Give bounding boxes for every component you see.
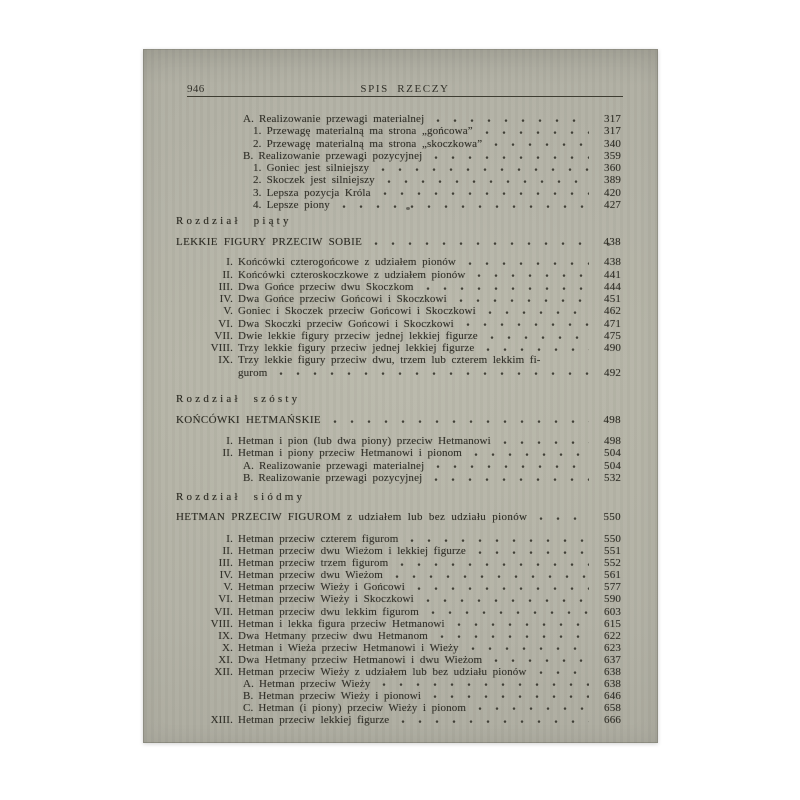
toc-row: 2.Skoczek jest silniejszy389 bbox=[176, 174, 621, 186]
entry-label: I. bbox=[176, 256, 233, 268]
entry-title: Hetman przeciw lekkiej figurze bbox=[238, 714, 389, 726]
section-heading-row: HETMAN PRZECIW FIGUROM z udziałem lub be… bbox=[176, 511, 621, 523]
entry-title: Lepsze piony bbox=[267, 199, 330, 211]
toc-row: VI.Hetman przeciw Wieży i Skoczkowi590 bbox=[176, 593, 621, 605]
dot-leader bbox=[539, 670, 590, 675]
entry-label: 4. bbox=[253, 199, 262, 211]
entry-title: Realizowanie przewagi pozycyjnej bbox=[258, 472, 422, 484]
chapter-heading: Rozdział piąty bbox=[176, 215, 621, 227]
toc-row: B.Realizowanie przewagi pozycyjnej532 bbox=[176, 472, 621, 484]
dot-leader bbox=[410, 538, 589, 543]
dot-leader bbox=[539, 516, 589, 521]
entry-label: B. bbox=[243, 690, 253, 702]
scanned-book-page: 946 SPIS RZECZY A.Realizowanie przewagi … bbox=[143, 49, 658, 743]
entry-label: V. bbox=[176, 305, 233, 317]
entry-label: VI. bbox=[176, 593, 233, 605]
dot-leader bbox=[387, 179, 589, 184]
entry-page-number: 444 bbox=[595, 281, 621, 293]
toc-row: X.Hetman i Wieża przeciw Hetmanowi i Wie… bbox=[176, 642, 621, 654]
entry-label: IV. bbox=[176, 293, 233, 305]
dot-leader bbox=[474, 452, 589, 457]
entry-label: II. bbox=[176, 545, 233, 557]
section-heading-row: KOŃCÓWKI HETMAŃSKIE498 bbox=[176, 414, 621, 426]
entry-title: Hetman i piony przeciw Hetmanowi i piono… bbox=[238, 447, 462, 459]
entry-title: Hetman przeciw trzem figurom bbox=[238, 557, 388, 569]
entry-page-number: 658 bbox=[595, 702, 621, 714]
toc-row: A.Realizowanie przewagi materialnej504 bbox=[176, 460, 621, 472]
entry-label: I. bbox=[176, 435, 233, 447]
entry-page-number: 561 bbox=[595, 569, 621, 581]
entry-title: Dwa Skoczki przeciw Gońcowi i Skoczkowi bbox=[238, 318, 454, 330]
toc-row: III.Dwa Gońce przeciw dwu Skoczkom444 bbox=[176, 281, 621, 293]
entry-label: I. bbox=[176, 533, 233, 545]
dot-leader bbox=[433, 694, 589, 699]
entry-title: Realizowanie przewagi materialnej bbox=[259, 460, 424, 472]
entry-label: VIII. bbox=[176, 618, 233, 630]
section-heading-row: LEKKIE FIGURY PRZECIW SOBIE438 bbox=[176, 236, 621, 248]
entry-label: A. bbox=[243, 678, 254, 690]
entry-label: 2. bbox=[253, 174, 262, 186]
entry-page-number: 340 bbox=[595, 138, 621, 150]
entry-label: XIII. bbox=[176, 714, 233, 726]
dot-leader bbox=[478, 550, 589, 555]
entry-label: II. bbox=[176, 269, 233, 281]
entry-title: Goniec jest silniejszy bbox=[267, 162, 370, 174]
page-header: 946 SPIS RZECZY bbox=[187, 83, 623, 97]
entry-title: Realizowanie przewagi pozycyjnej bbox=[258, 150, 422, 162]
toc-row: A.Realizowanie przewagi materialnej317 bbox=[176, 113, 621, 125]
entry-label: IV. bbox=[176, 569, 233, 581]
dot-leader bbox=[279, 371, 589, 376]
dot-leader bbox=[426, 598, 589, 603]
entry-label: A. bbox=[243, 113, 254, 125]
toc-row: I.Hetman przeciw czterem figurom550 bbox=[176, 533, 621, 545]
entry-page-number: 504 bbox=[595, 460, 621, 472]
entry-page-number: 471 bbox=[595, 318, 621, 330]
toc-row: VIII.Hetman i lekka figura przeciw Hetma… bbox=[176, 618, 621, 630]
entry-page-number: 462 bbox=[595, 305, 621, 317]
entry-label: IX. bbox=[176, 354, 233, 366]
dot-leader bbox=[494, 142, 589, 147]
entry-label: VII. bbox=[176, 330, 233, 342]
entry-label: III. bbox=[176, 281, 233, 293]
dot-leader bbox=[486, 347, 589, 352]
entry-group: I.Hetman przeciw czterem figurom550II.He… bbox=[176, 533, 621, 726]
dot-leader bbox=[342, 204, 589, 209]
toc-row: VIII.Trzy lekkie figury przeciw jednej l… bbox=[176, 342, 621, 354]
toc-row: V.Hetman przeciw Wieży i Gońcowi577 bbox=[176, 581, 621, 593]
entry-title: Hetman przeciw dwu Wieżom i lekkiej figu… bbox=[238, 545, 466, 557]
entry-label: V. bbox=[176, 581, 233, 593]
dot-leader bbox=[490, 335, 589, 340]
entry-label: XI. bbox=[176, 654, 233, 666]
toc-row: I.Końcówki czterogońcowe z udziałem pion… bbox=[176, 256, 621, 268]
dot-leader bbox=[471, 646, 589, 651]
running-title: SPIS RZECZY bbox=[187, 83, 623, 95]
entry-title: Końcówki czterogońcowe z udziałem pionów bbox=[238, 256, 456, 268]
entry-page-number: 623 bbox=[595, 642, 621, 654]
entry-page-number: 317 bbox=[595, 113, 621, 125]
toc-row: IV.Hetman przeciw dwu Wieżom561 bbox=[176, 569, 621, 581]
entry-label: VII. bbox=[176, 606, 233, 618]
entry-title: Dwa Gońce przeciw dwu Skoczkom bbox=[238, 281, 414, 293]
entry-page-number: 475 bbox=[595, 330, 621, 342]
dot-leader bbox=[478, 706, 589, 711]
dot-leader bbox=[374, 241, 589, 246]
dot-leader bbox=[417, 586, 589, 591]
entry-label: B. bbox=[243, 150, 253, 162]
toc-row: VII.Hetman przeciw dwu lekkim figurom603 bbox=[176, 606, 621, 618]
entry-title: Hetman przeciw czterem figurom bbox=[238, 533, 398, 545]
entry-title: gurom bbox=[238, 367, 267, 379]
entry-title: Hetman przeciw dwu lekkim figurom bbox=[238, 606, 419, 618]
entry-page-number: 552 bbox=[595, 557, 621, 569]
dot-leader bbox=[400, 562, 589, 567]
entry-group: A.Realizowanie przewagi materialnej3171.… bbox=[176, 113, 621, 211]
entry-label: II. bbox=[176, 447, 233, 459]
toc-row: IV.Dwa Gońce przeciw Gońcowi i Skoczkowi… bbox=[176, 293, 621, 305]
entry-page-number: 359 bbox=[595, 150, 621, 162]
entry-label: 1. bbox=[253, 125, 262, 137]
toc-blocks: A.Realizowanie przewagi materialnej3171.… bbox=[176, 113, 621, 726]
entry-title: Hetman i pion (lub dwa piony) przeciw He… bbox=[238, 435, 491, 447]
entry-label: A. bbox=[243, 460, 254, 472]
section-title: LEKKIE FIGURY PRZECIW SOBIE bbox=[176, 236, 362, 248]
entry-title: Dwa Hetmany przeciw dwu Hetmanom bbox=[238, 630, 428, 642]
entry-page-number: 551 bbox=[595, 545, 621, 557]
entry-page-number: 666 bbox=[595, 714, 621, 726]
toc-row: VI.Dwa Skoczki przeciw Gońcowi i Skoczko… bbox=[176, 318, 621, 330]
entry-title: Goniec i Skoczek przeciw Gońcowi i Skocz… bbox=[238, 305, 476, 317]
toc-row: A.Hetman przeciw Wieży638 bbox=[176, 678, 621, 690]
toc-row: II.Końcówki czteroskoczkowe z udziałem p… bbox=[176, 269, 621, 281]
chapter-heading: Rozdział szósty bbox=[176, 393, 621, 405]
entry-label: 1. bbox=[253, 162, 262, 174]
entry-title: Dwa Hetmany przeciw Hetmanowi i dwu Wież… bbox=[238, 654, 482, 666]
entry-title: Trzy lekkie figury przeciw jednej lekkie… bbox=[238, 342, 474, 354]
entry-title: Dwa Gońce przeciw Gońcowi i Skoczkowi bbox=[238, 293, 447, 305]
entry-label: X. bbox=[176, 642, 233, 654]
toc-row: gurom492 bbox=[176, 367, 621, 379]
toc-row: C.Hetman (i piony) przeciw Wieży i piono… bbox=[176, 702, 621, 714]
toc-row: V.Goniec i Skoczek przeciw Gońcowi i Sko… bbox=[176, 305, 621, 317]
entry-title: Hetman przeciw Wieży i pionowi bbox=[258, 690, 421, 702]
toc-row: IX.Trzy lekkie figury przeciw dwu, trzem… bbox=[176, 354, 621, 366]
dot-leader bbox=[466, 322, 589, 327]
entry-label: IX. bbox=[176, 630, 233, 642]
entry-title: Hetman przeciw Wieży i Skoczkowi bbox=[238, 593, 414, 605]
toc-row: 2.Przewagę materialną ma strona „skoczko… bbox=[176, 138, 621, 150]
entry-page-number: 638 bbox=[595, 666, 621, 678]
entry-page-number: 420 bbox=[595, 187, 621, 199]
entry-page-number: 532 bbox=[595, 472, 621, 484]
dot-leader bbox=[381, 167, 589, 172]
dot-leader bbox=[426, 286, 589, 291]
dot-leader bbox=[459, 298, 589, 303]
entry-label: B. bbox=[243, 472, 253, 484]
entry-title: Trzy lekkie figury przeciw dwu, trzem lu… bbox=[238, 354, 621, 366]
entry-page-number: 317 bbox=[595, 125, 621, 137]
entry-page-number: 451 bbox=[595, 293, 621, 305]
section-title: KOŃCÓWKI HETMAŃSKIE bbox=[176, 414, 321, 426]
entry-label: VIII. bbox=[176, 342, 233, 354]
entry-title: Hetman przeciw Wieży i Gońcowi bbox=[238, 581, 405, 593]
dot-leader bbox=[395, 574, 589, 579]
entry-label: 3. bbox=[253, 187, 262, 199]
entry-page-number: 603 bbox=[595, 606, 621, 618]
entry-title: Hetman przeciw Wieży z udziałem lub bez … bbox=[238, 666, 527, 678]
entry-page-number: 504 bbox=[595, 447, 621, 459]
dot-leader bbox=[468, 261, 589, 266]
entry-page-number: 438 bbox=[595, 256, 621, 268]
dot-leader bbox=[457, 622, 589, 627]
toc-row: XIII.Hetman przeciw lekkiej figurze666 bbox=[176, 714, 621, 726]
entry-title: Końcówki czteroskoczkowe z udziałem pion… bbox=[238, 269, 465, 281]
entry-page-number: 646 bbox=[595, 690, 621, 702]
entry-group: I.Hetman i pion (lub dwa piony) przeciw … bbox=[176, 435, 621, 484]
dot-leader bbox=[440, 634, 589, 639]
entry-group: I.Końcówki czterogońcowe z udziałem pion… bbox=[176, 256, 621, 379]
scan-speck bbox=[607, 243, 610, 246]
dot-leader bbox=[434, 155, 589, 160]
section-page-number: 550 bbox=[595, 511, 621, 523]
dot-leader bbox=[382, 682, 589, 687]
dot-leader bbox=[494, 658, 589, 663]
dot-leader bbox=[436, 464, 589, 469]
dot-leader bbox=[333, 419, 589, 424]
entry-label: C. bbox=[243, 702, 253, 714]
entry-title: Realizowanie przewagi materialnej bbox=[259, 113, 424, 125]
entry-label: III. bbox=[176, 557, 233, 569]
dot-leader bbox=[503, 440, 589, 445]
entry-page-number: 550 bbox=[595, 533, 621, 545]
dot-leader bbox=[485, 130, 589, 135]
scan-speck bbox=[406, 207, 410, 210]
dot-leader bbox=[431, 610, 589, 615]
entry-title: Hetman (i piony) przeciw Wieży i pionom bbox=[258, 702, 466, 714]
entry-title: Dwie lekkie figury przeciw jednej lekkie… bbox=[238, 330, 478, 342]
entry-title: Hetman i lekka figura przeciw Hetmanowi bbox=[238, 618, 445, 630]
toc-row: I.Hetman i pion (lub dwa piony) przeciw … bbox=[176, 435, 621, 447]
entry-page-number: 498 bbox=[595, 435, 621, 447]
entry-label: 2. bbox=[253, 138, 262, 150]
entry-label: XII. bbox=[176, 666, 233, 678]
entry-page-number: 441 bbox=[595, 269, 621, 281]
toc-row: XI.Dwa Hetmany przeciw Hetmanowi i dwu W… bbox=[176, 654, 621, 666]
toc-row: 3.Lepsza pozycja Króla420 bbox=[176, 187, 621, 199]
toc-row: VII.Dwie lekkie figury przeciw jednej le… bbox=[176, 330, 621, 342]
toc-row: IX.Dwa Hetmany przeciw dwu Hetmanom622 bbox=[176, 630, 621, 642]
chapter-heading: Rozdział siódmy bbox=[176, 491, 621, 503]
dot-leader bbox=[383, 191, 589, 196]
entry-title: Przewagę materialną ma strona „gońcowa” bbox=[267, 125, 473, 137]
entry-title: Lepsza pozycja Króla bbox=[267, 187, 371, 199]
entry-page-number: 577 bbox=[595, 581, 621, 593]
toc-row: B.Realizowanie przewagi pozycyjnej359 bbox=[176, 150, 621, 162]
dot-leader bbox=[436, 118, 589, 123]
entry-page-number: 638 bbox=[595, 678, 621, 690]
entry-label: VI. bbox=[176, 318, 233, 330]
toc-row: 1.Goniec jest silniejszy360 bbox=[176, 162, 621, 174]
entry-page-number: 622 bbox=[595, 630, 621, 642]
entry-page-number: 389 bbox=[595, 174, 621, 186]
toc-row: 1.Przewagę materialną ma strona „gońcowa… bbox=[176, 125, 621, 137]
dot-leader bbox=[488, 310, 589, 315]
toc-row: III.Hetman przeciw trzem figurom552 bbox=[176, 557, 621, 569]
toc-row: XII.Hetman przeciw Wieży z udziałem lub … bbox=[176, 666, 621, 678]
entry-page-number: 492 bbox=[595, 367, 621, 379]
entry-page-number: 637 bbox=[595, 654, 621, 666]
dot-leader bbox=[434, 477, 589, 482]
entry-title: Hetman przeciw dwu Wieżom bbox=[238, 569, 383, 581]
section-page-number: 498 bbox=[595, 414, 621, 426]
entry-page-number: 427 bbox=[595, 199, 621, 211]
toc-row: II.Hetman przeciw dwu Wieżom i lekkiej f… bbox=[176, 545, 621, 557]
entry-page-number: 490 bbox=[595, 342, 621, 354]
entry-title: Hetman i Wieża przeciw Hetmanowi i Wieży bbox=[238, 642, 459, 654]
toc-row: II.Hetman i piony przeciw Hetmanowi i pi… bbox=[176, 447, 621, 459]
dot-leader bbox=[401, 719, 589, 724]
entry-page-number: 360 bbox=[595, 162, 621, 174]
toc-row: 4.Lepsze piony427 bbox=[176, 199, 621, 211]
entry-page-number: 590 bbox=[595, 593, 621, 605]
entry-title: Hetman przeciw Wieży bbox=[259, 678, 370, 690]
entry-title: Skoczek jest silniejszy bbox=[267, 174, 375, 186]
entry-title: Przewagę materialną ma strona „skoczkowa… bbox=[267, 138, 483, 150]
dot-leader bbox=[477, 273, 589, 278]
toc-row: B.Hetman przeciw Wieży i pionowi646 bbox=[176, 690, 621, 702]
section-title: HETMAN PRZECIW FIGUROM z udziałem lub be… bbox=[176, 511, 527, 523]
entry-page-number: 615 bbox=[595, 618, 621, 630]
